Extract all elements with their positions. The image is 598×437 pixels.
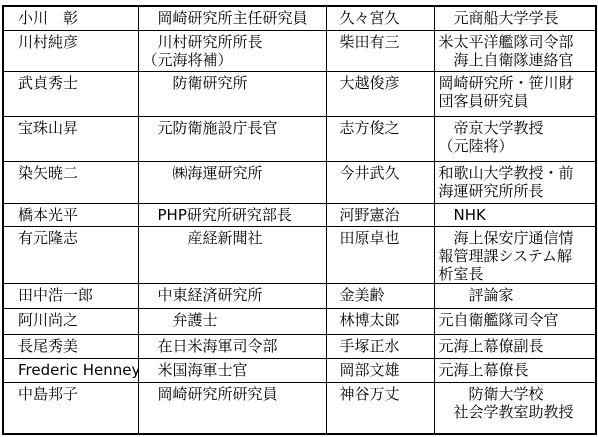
table-row: 橋本光平 PHP研究所研究部長 河野憲治 NHK bbox=[3, 203, 596, 226]
name-cell: 宝珠山昇 bbox=[3, 116, 138, 161]
affiliation-cell: 評論家 bbox=[434, 283, 596, 308]
name-cell: 小川 彰 bbox=[3, 6, 138, 30]
affiliation-cell: 元海上幕僚長 bbox=[434, 358, 596, 382]
affiliation-cell: 川村研究所所長 （元海将補） bbox=[138, 30, 326, 71]
table-row: 小川 彰 岡崎研究所主任研究員 久々宮久 元商船大学学長 bbox=[3, 6, 596, 30]
name-cell: 河野憲治 bbox=[326, 203, 434, 226]
name-cell: 柴田有三 bbox=[326, 30, 434, 71]
table-row: 田中浩一郎 中東経済研究所 金美齢 評論家 bbox=[3, 283, 596, 308]
name-cell: 武貞秀士 bbox=[3, 71, 138, 116]
table-row: Frederic Henney 米国海軍士官 岡部文雄 元海上幕僚長 bbox=[3, 358, 596, 382]
table-row: 阿川尚之 弁護士 林博太郎 元自衛艦隊司令官 bbox=[3, 308, 596, 334]
name-cell: 久々宮久 bbox=[326, 6, 434, 30]
affiliation-cell: 在日米海軍司令部 bbox=[138, 334, 326, 358]
table-row: 染矢暁二 ㈱海運研究所 今井武久 和歌山大学教授・前 海運研究所所長 bbox=[3, 161, 596, 203]
table-row: 長尾秀美 在日米海軍司令部 手塚正水 元海上幕僚副長 bbox=[3, 334, 596, 358]
affiliation-cell: 岡崎研究所・笹川財 団客員研究員 bbox=[434, 71, 596, 116]
table-row: 川村純彦 川村研究所所長 （元海将補） 柴田有三 米太平洋艦隊司令部 海上自衛隊… bbox=[3, 30, 596, 71]
affiliation-cell: 岡崎研究所研究員 bbox=[138, 382, 326, 434]
name-cell: 阿川尚之 bbox=[3, 308, 138, 334]
name-cell: 志方俊之 bbox=[326, 116, 434, 161]
affiliation-cell: 元防衛施設庁長官 bbox=[138, 116, 326, 161]
name-cell: 神谷万丈 bbox=[326, 382, 434, 434]
affiliation-cell: 米国海軍士官 bbox=[138, 358, 326, 382]
name-cell: 田中浩一郎 bbox=[3, 283, 138, 308]
name-cell: 中島邦子 bbox=[3, 382, 138, 434]
affiliation-cell: 元自衛艦隊司令官 bbox=[434, 308, 596, 334]
name-cell: 川村純彦 bbox=[3, 30, 138, 71]
affiliation-cell: 防衛研究所 bbox=[138, 71, 326, 116]
name-cell: 田原卓也 bbox=[326, 226, 434, 283]
name-cell: 手塚正水 bbox=[326, 334, 434, 358]
name-cell: 有元隆志 bbox=[3, 226, 138, 283]
name-cell: Frederic Henney bbox=[3, 358, 138, 382]
affiliation-cell: 海上保安庁通信情 報管理課システム解 析室長 bbox=[434, 226, 596, 283]
affiliation-cell: 防衛大学校 社会学教室助教授 bbox=[434, 382, 596, 434]
members-table: 小川 彰 岡崎研究所主任研究員 久々宮久 元商船大学学長 川村純彦 川村研究所所… bbox=[2, 5, 597, 435]
name-cell: 大越俊彦 bbox=[326, 71, 434, 116]
affiliation-cell: ㈱海運研究所 bbox=[138, 161, 326, 203]
affiliation-cell: 産経新聞社 bbox=[138, 226, 326, 283]
table-row: 有元隆志 産経新聞社 田原卓也 海上保安庁通信情 報管理課システム解 析室長 bbox=[3, 226, 596, 283]
affiliation-cell: 米太平洋艦隊司令部 海上自衛隊連絡官 bbox=[434, 30, 596, 71]
table-row: 中島邦子 岡崎研究所研究員 神谷万丈 防衛大学校 社会学教室助教授 bbox=[3, 382, 596, 434]
name-cell: 長尾秀美 bbox=[3, 334, 138, 358]
affiliation-cell: 弁護士 bbox=[138, 308, 326, 334]
name-cell: 染矢暁二 bbox=[3, 161, 138, 203]
affiliation-cell: 和歌山大学教授・前 海運研究所所長 bbox=[434, 161, 596, 203]
affiliation-cell: 中東経済研究所 bbox=[138, 283, 326, 308]
affiliation-cell: 元商船大学学長 bbox=[434, 6, 596, 30]
affiliation-cell: 岡崎研究所主任研究員 bbox=[138, 6, 326, 30]
name-cell: 金美齢 bbox=[326, 283, 434, 308]
affiliation-cell: PHP研究所研究部長 bbox=[138, 203, 326, 226]
table-row: 宝珠山昇 元防衛施設庁長官 志方俊之 帝京大学教授 （元陸将） bbox=[3, 116, 596, 161]
affiliation-cell: 帝京大学教授 （元陸将） bbox=[434, 116, 596, 161]
name-cell: 今井武久 bbox=[326, 161, 434, 203]
affiliation-cell: 元海上幕僚副長 bbox=[434, 334, 596, 358]
name-cell: 岡部文雄 bbox=[326, 358, 434, 382]
name-cell: 林博太郎 bbox=[326, 308, 434, 334]
affiliation-cell: NHK bbox=[434, 203, 596, 226]
table-row: 武貞秀士 防衛研究所 大越俊彦 岡崎研究所・笹川財 団客員研究員 bbox=[3, 71, 596, 116]
name-cell: 橋本光平 bbox=[3, 203, 138, 226]
